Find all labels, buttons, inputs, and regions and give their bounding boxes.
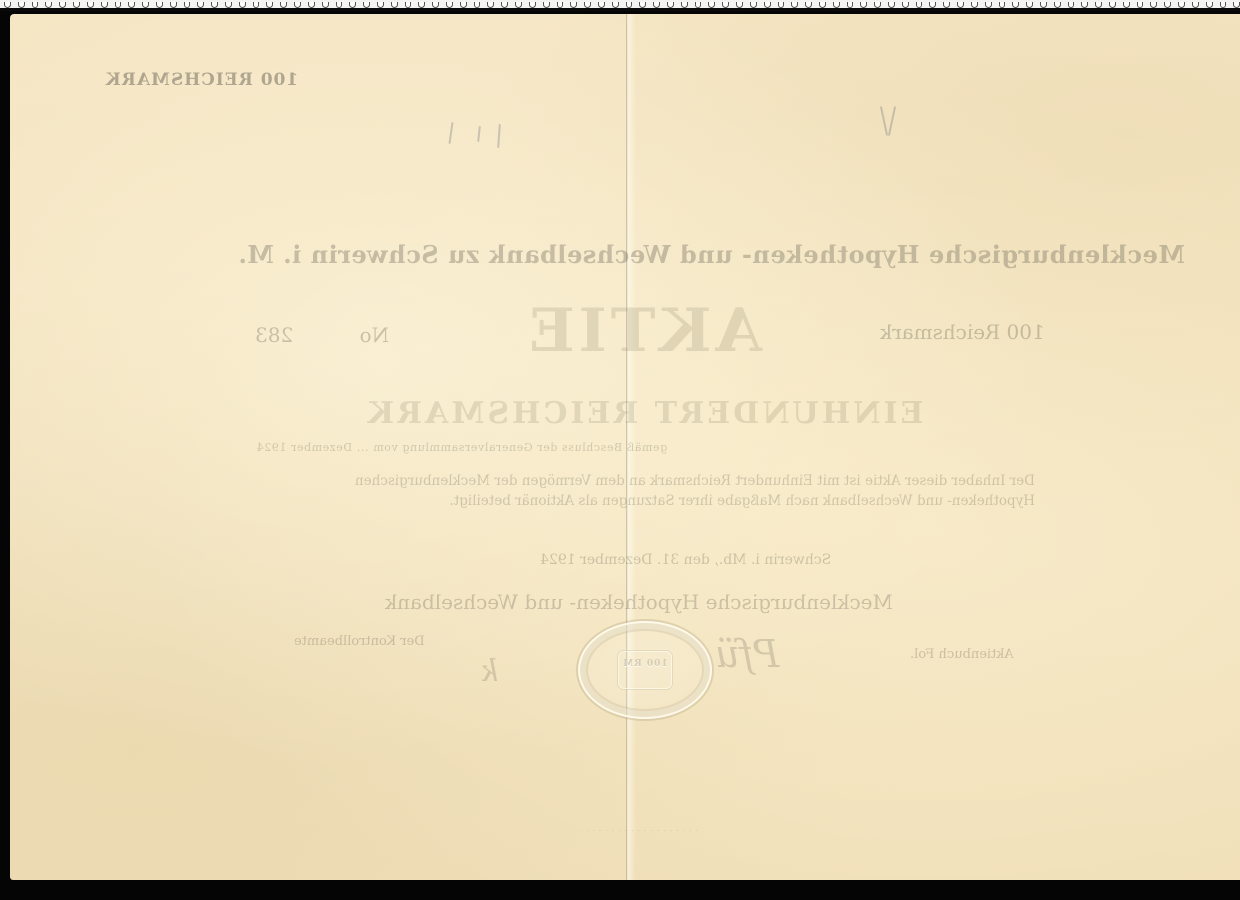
handwritten-mark xyxy=(448,122,453,144)
share-register-label: Aktienbuch Fol. xyxy=(910,647,1014,662)
certificate-paper: 100 REICHSMARK Mecklenburgische Hypothek… xyxy=(10,14,1240,880)
serial-value: 283 xyxy=(255,323,293,347)
handwritten-mark xyxy=(880,106,888,136)
resolution-subline: gemäß Beschluss der Generalversammlung v… xyxy=(256,441,667,454)
scanner-edge xyxy=(0,0,1240,11)
handwritten-mark xyxy=(888,106,896,136)
handwritten-mark xyxy=(497,124,501,148)
amount-in-words: EINHUNDERT REICHSMARK xyxy=(365,396,924,431)
controller-label: Der Kontrollbeamte xyxy=(294,634,425,649)
issuer-name: Mecklenburgische Hypotheken- und Wechsel… xyxy=(385,590,893,614)
serial-label: No xyxy=(360,323,390,347)
top-value-label: 100 REICHSMARK xyxy=(105,70,298,90)
certificate-title: AKTIE xyxy=(525,296,762,366)
perforation-row xyxy=(0,0,1240,8)
handwritten-mark xyxy=(477,126,481,142)
bank-name-heading: Mecklenburgische Hypotheken- und Wechsel… xyxy=(238,240,1185,269)
certificate-body-text: Der Inhaber dieser Aktie ist mit Einhund… xyxy=(300,471,1035,511)
printer-imprint: · · · · · · · · · · · · · · · · · · xyxy=(585,827,698,835)
signature-ghost: Pfü xyxy=(715,632,779,676)
serial-number: No 283 xyxy=(255,323,389,347)
seal-shield xyxy=(618,651,672,689)
denomination-label: 100 Reichsmark xyxy=(880,320,1045,344)
seal-center-text: 100 RM xyxy=(580,659,710,669)
embossed-seal: 100 RM xyxy=(578,621,712,719)
signature-ghost: k xyxy=(480,654,498,689)
place-and-date: Schwerin i. Mb., den 31. Dezember 1924 xyxy=(540,552,831,568)
